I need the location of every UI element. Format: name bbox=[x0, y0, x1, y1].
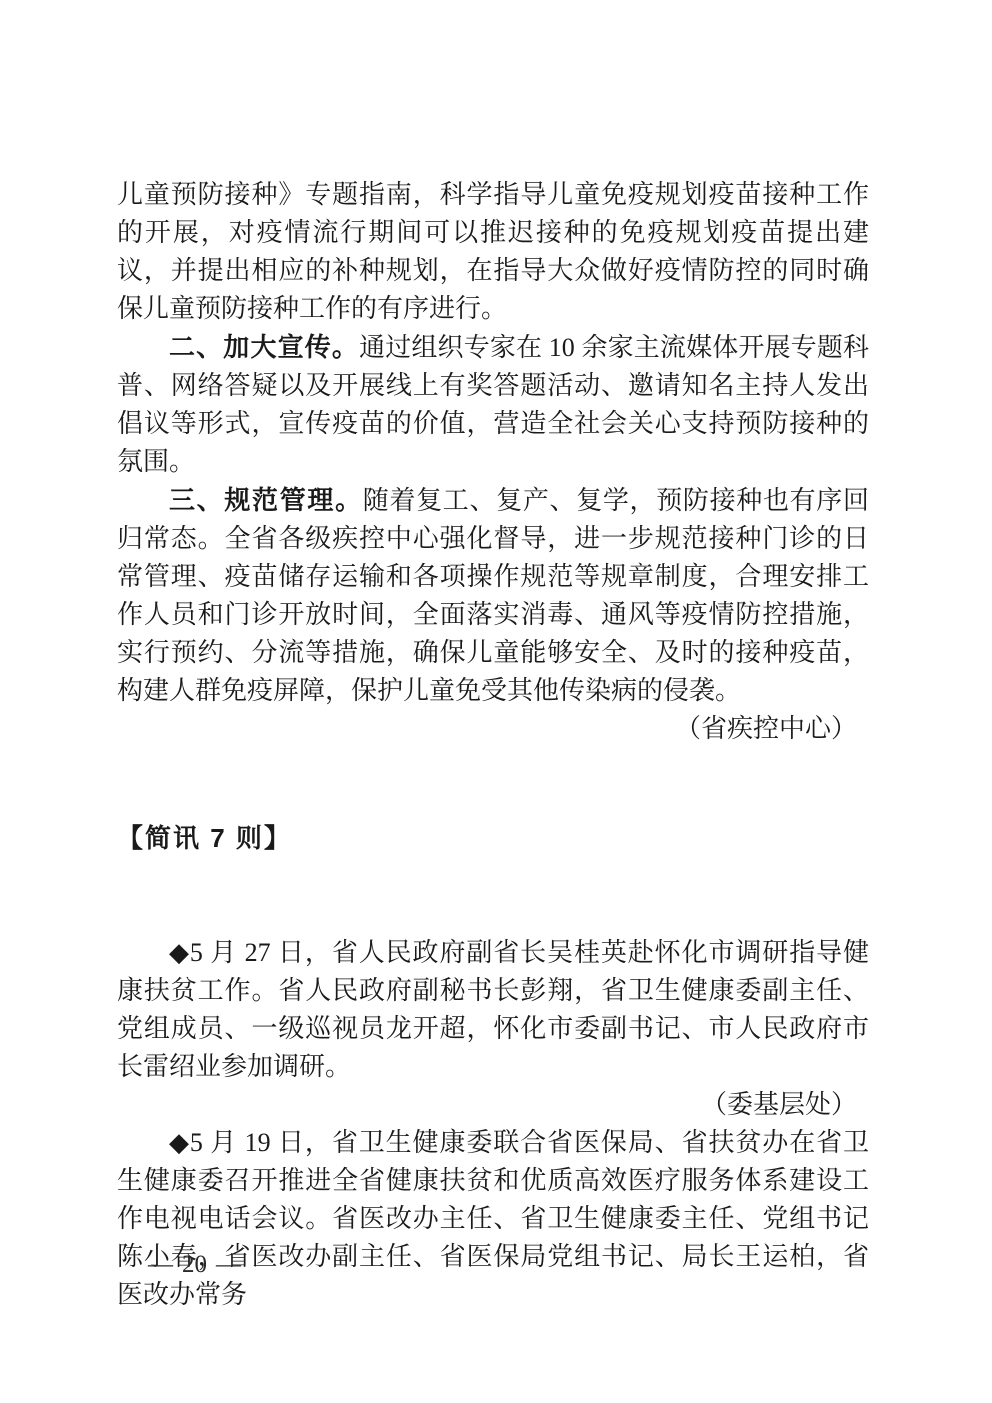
footer-left-dash: — bbox=[148, 1250, 173, 1280]
briefs-section-header: 【简讯 7 则】 bbox=[117, 819, 869, 857]
footer-right-dash: — bbox=[216, 1250, 241, 1280]
article-attribution: （省疾控中心） bbox=[117, 710, 869, 748]
page-footer: — 20 — bbox=[148, 1250, 241, 1280]
section-3-text: 随着复工、复产、复学，预防接种也有序回归常态。全省各级疾控中心强化督导，进一步规… bbox=[117, 486, 869, 705]
section-3-heading: 三、规范管理。 bbox=[169, 485, 363, 515]
page-number: 20 bbox=[182, 1250, 207, 1280]
brief-item-1-attribution: （委基层处） bbox=[117, 1086, 869, 1124]
section-2-paragraph: 二、加大宣传。通过组织专家在 10 余家主流媒体开展专题科普、网络答疑以及开展线… bbox=[117, 328, 869, 481]
article-attribution-text: （省疾控中心） bbox=[675, 714, 857, 743]
document-page: 儿童预防接种》专题指南，科学指导儿童免疫规划疫苗接种工作的开展，对疫情流行期间可… bbox=[0, 0, 992, 1403]
brief-item-1-attribution-text: （委基层处） bbox=[701, 1090, 857, 1119]
page-body: 儿童预防接种》专题指南，科学指导儿童免疫规划疫苗接种工作的开展，对疫情流行期间可… bbox=[117, 176, 869, 1314]
section-3-paragraph: 三、规范管理。随着复工、复产、复学，预防接种也有序回归常态。全省各级疾控中心强化… bbox=[117, 481, 869, 710]
continuation-paragraph: 儿童预防接种》专题指南，科学指导儿童免疫规划疫苗接种工作的开展，对疫情流行期间可… bbox=[117, 176, 869, 328]
brief-item-1: ◆5 月 27 日，省人民政府副省长吴桂英赴怀化市调研指导健康扶贫工作。省人民政… bbox=[117, 934, 869, 1086]
section-2-heading: 二、加大宣传。 bbox=[169, 332, 359, 362]
brief-item-2: ◆5 月 19 日，省卫生健康委联合省医保局、省扶贫办在省卫生健康委召开推进全省… bbox=[117, 1124, 869, 1314]
